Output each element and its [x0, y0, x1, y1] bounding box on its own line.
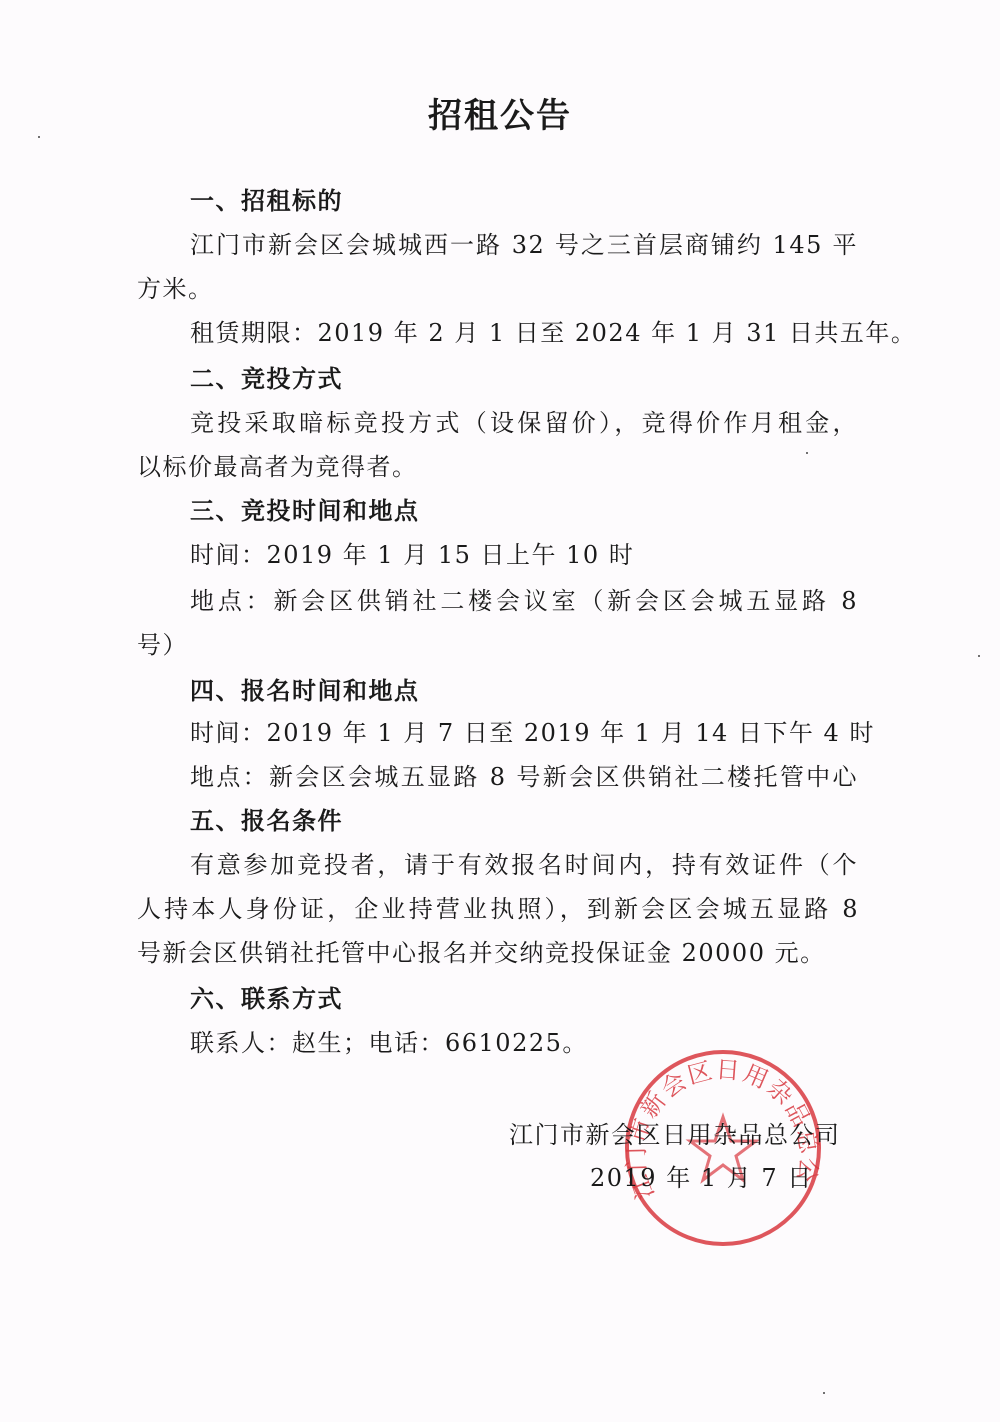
paragraph-line: 人持本人身份证，企业持营业执照），到新会区会城五显路 8: [137, 894, 859, 924]
paragraph-line: 时间：2019 年 1 月 15 日上午 10 时: [190, 540, 912, 570]
section-heading-4: 四、报名时间和地点: [190, 676, 912, 706]
paragraph-line: 号）: [137, 630, 859, 660]
signature-date: 2019 年 1 月 7 日: [590, 1163, 813, 1193]
scan-speck: [38, 136, 40, 138]
paragraph-line: 竞投采取暗标竞投方式（设保留价），竞得价作月租金，: [190, 408, 858, 438]
paragraph-line: 号新会区供销社托管中心报名并交纳竞投保证金 20000 元。: [137, 938, 859, 968]
paragraph-line: 有意参加竞投者，请于有效报名时间内，持有效证件（个: [190, 850, 858, 880]
scan-speck: [823, 1392, 825, 1394]
scan-speck: [806, 452, 808, 454]
paragraph-line: 时间：2019 年 1 月 7 日至 2019 年 1 月 14 日下午 4 时: [190, 718, 912, 748]
paragraph-line: 地点：新会区供销社二楼会议室（新会区会城五显路 8: [190, 586, 858, 616]
paragraph-line: 租赁期限：2019 年 2 月 1 日至 2024 年 1 月 31 日共五年。: [190, 318, 912, 348]
section-heading-6: 六、联系方式: [190, 984, 912, 1014]
section-heading-1: 一、招租标的: [190, 186, 912, 216]
document-page: 招租公告 一、招租标的 江门市新会区会城城西一路 32 号之三首层商铺约 145…: [0, 0, 1000, 1422]
paragraph-line: 以标价最高者为竞得者。: [137, 452, 859, 482]
paragraph-line: 方米。: [137, 274, 859, 304]
paragraph-line: 地点：新会区会城五显路 8 号新会区供销社二楼托管中心: [190, 762, 858, 792]
paragraph-line: 江门市新会区会城城西一路 32 号之三首层商铺约 145 平: [190, 230, 858, 260]
section-heading-5: 五、报名条件: [190, 806, 912, 836]
signature-organization: 江门市新会区日用杂品总公司: [509, 1120, 841, 1150]
document-title: 招租公告: [0, 88, 1000, 137]
section-heading-3: 三、竞投时间和地点: [190, 496, 912, 526]
scan-speck: [978, 655, 980, 657]
section-heading-2: 二、竞投方式: [190, 364, 912, 394]
